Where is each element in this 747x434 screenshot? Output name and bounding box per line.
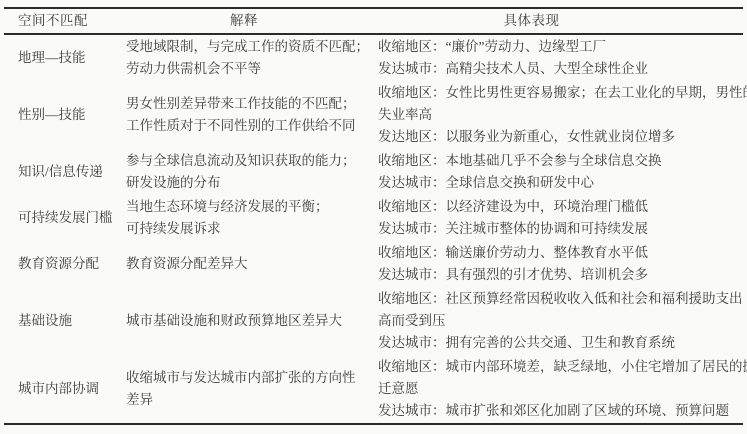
row-term: 教育资源分配	[4, 253, 126, 275]
table-row: 可持续发展门槛当地生态环境与经济发展的平衡；可持续发展诉求收缩地区：以经济建设为…	[4, 195, 743, 241]
detail-line: 收缩地区：“廉价”劳动力、边缘型工厂	[378, 36, 743, 58]
detail-line: 迁意愿	[378, 378, 743, 400]
detail-item: 发达城市：拥有完善的公共交通、卫生和教育系统	[378, 332, 743, 354]
row-details: 收缩地区：女性比男性更容易搬家；在去工业化的早期，男性的失业率高发达地区：以服务…	[378, 82, 743, 148]
explanation-line: 差异	[126, 389, 378, 411]
table-header-row: 空间不匹配 解释 具体表现	[4, 9, 743, 33]
detail-item: 发达城市：具有强烈的引才优势、培训机会多	[378, 264, 743, 286]
row-details: 收缩地区：“廉价”劳动力、边缘型工厂发达城市：高精尖技术人员、大型全球性企业	[378, 36, 743, 80]
table-row: 教育资源分配教育资源分配差异大收缩地区：输送廉价劳动力、整体教育水平低发达城市：…	[4, 241, 743, 287]
explanation-line: 城市基础设施和财政预算地区差异大	[126, 310, 378, 332]
table-row: 性别—技能男女性别差异带来工作技能的不匹配；工作性质对于不同性别的工作供给不同收…	[4, 81, 743, 149]
table-bottom-rule	[4, 423, 743, 426]
table-row: 地理—技能受地域限制，与完成工作的资质不匹配；劳动力供需机会不平等收缩地区：“廉…	[4, 35, 743, 81]
row-term: 可持续发展门槛	[4, 207, 126, 229]
col-header-manifestation: 具体表现	[378, 10, 743, 32]
detail-item: 收缩地区：“廉价”劳动力、边缘型工厂	[378, 36, 743, 58]
detail-item: 发达城市：高精尖技术人员、大型全球性企业	[378, 58, 743, 80]
row-explanation: 收缩城市与发达城市内部扩张的方向性差异	[126, 367, 378, 411]
row-explanation: 受地域限制，与完成工作的资质不匹配；劳动力供需机会不平等	[126, 36, 378, 80]
detail-line: 收缩地区：女性比男性更容易搬家；在去工业化的早期，男性的	[378, 82, 743, 104]
row-term: 知识/信息传递	[4, 161, 126, 183]
detail-line: 收缩地区：社区预算经常因税收收入低和社会和福利援助支出	[378, 288, 743, 310]
row-explanation: 城市基础设施和财政预算地区差异大	[126, 310, 378, 332]
table-row: 知识/信息传递参与全球信息流动及知识获取的能力；研发设施的分布收缩地区：本地基础…	[4, 149, 743, 195]
row-term: 性别—技能	[4, 104, 126, 126]
row-explanation: 当地生态环境与经济发展的平衡；可持续发展诉求	[126, 196, 378, 240]
detail-item: 收缩地区：本地基础几乎不会参与全球信息交换	[378, 150, 743, 172]
detail-item: 发达城市：城市扩张和郊区化加剧了区域的环境、预算问题	[378, 400, 743, 422]
detail-item: 收缩地区：女性比男性更容易搬家；在去工业化的早期，男性的失业率高	[378, 82, 743, 126]
explanation-line: 参与全球信息流动及知识获取的能力；	[126, 150, 378, 172]
row-details: 收缩地区：社区预算经常因税收收入低和社会和福利援助支出高而受到压发达城市：拥有完…	[378, 288, 743, 354]
row-details: 收缩地区：城市内部环境差，缺乏绿地，小住宅增加了居民的搬迁意愿发达城市：城市扩张…	[378, 356, 743, 422]
row-explanation: 参与全球信息流动及知识获取的能力；研发设施的分布	[126, 150, 378, 194]
detail-line: 收缩地区：本地基础几乎不会参与全球信息交换	[378, 150, 743, 172]
spatial-mismatch-table: 空间不匹配 解释 具体表现 地理—技能受地域限制，与完成工作的资质不匹配；劳动力…	[4, 7, 743, 425]
detail-item: 收缩地区：输送廉价劳动力、整体教育水平低	[378, 242, 743, 264]
col-header-explanation: 解释	[126, 10, 378, 32]
detail-line: 发达城市：关注城市整体的协调和可持续发展	[378, 218, 743, 240]
explanation-line: 研发设施的分布	[126, 172, 378, 194]
detail-item: 收缩地区：城市内部环境差，缺乏绿地，小住宅增加了居民的搬迁意愿	[378, 356, 743, 400]
detail-line: 发达城市：全球信息交换和研发中心	[378, 172, 743, 194]
detail-line: 高而受到压	[378, 310, 743, 332]
table-row: 城市内部协调收缩城市与发达城市内部扩张的方向性差异收缩地区：城市内部环境差，缺乏…	[4, 355, 743, 423]
detail-line: 失业率高	[378, 104, 743, 126]
explanation-line: 工作性质对于不同性别的工作供给不同	[126, 115, 378, 137]
detail-line: 收缩地区：城市内部环境差，缺乏绿地，小住宅增加了居民的搬	[378, 356, 743, 378]
row-term: 地理—技能	[4, 47, 126, 69]
row-details: 收缩地区：本地基础几乎不会参与全球信息交换发达城市：全球信息交换和研发中心	[378, 150, 743, 194]
detail-line: 发达城市：城市扩张和郊区化加剧了区域的环境、预算问题	[378, 400, 743, 422]
detail-line: 发达城市：具有强烈的引才优势、培训机会多	[378, 264, 743, 286]
col-header-mismatch: 空间不匹配	[4, 10, 126, 32]
explanation-line: 收缩城市与发达城市内部扩张的方向性	[126, 367, 378, 389]
explanation-line: 劳动力供需机会不平等	[126, 58, 378, 80]
detail-item: 发达地区：以服务业为新重心，女性就业岗位增多	[378, 126, 743, 148]
detail-line: 发达地区：以服务业为新重心，女性就业岗位增多	[378, 126, 743, 148]
explanation-line: 可持续发展诉求	[126, 218, 378, 240]
detail-line: 收缩地区：以经济建设为中，环境治理门槛低	[378, 196, 743, 218]
row-explanation: 男女性别差异带来工作技能的不匹配；工作性质对于不同性别的工作供给不同	[126, 93, 378, 137]
explanation-line: 受地域限制，与完成工作的资质不匹配；	[126, 36, 378, 58]
row-explanation: 教育资源分配差异大	[126, 253, 378, 275]
detail-line: 发达城市：拥有完善的公共交通、卫生和教育系统	[378, 332, 743, 354]
table-row: 基础设施城市基础设施和财政预算地区差异大收缩地区：社区预算经常因税收收入低和社会…	[4, 287, 743, 355]
explanation-line: 教育资源分配差异大	[126, 253, 378, 275]
row-term: 城市内部协调	[4, 378, 126, 400]
detail-line: 收缩地区：输送廉价劳动力、整体教育水平低	[378, 242, 743, 264]
detail-item: 收缩地区：以经济建设为中，环境治理门槛低	[378, 196, 743, 218]
row-details: 收缩地区：输送廉价劳动力、整体教育水平低发达城市：具有强烈的引才优势、培训机会多	[378, 242, 743, 286]
explanation-line: 男女性别差异带来工作技能的不匹配；	[126, 93, 378, 115]
detail-item: 收缩地区：社区预算经常因税收收入低和社会和福利援助支出高而受到压	[378, 288, 743, 332]
row-details: 收缩地区：以经济建设为中，环境治理门槛低发达城市：关注城市整体的协调和可持续发展	[378, 196, 743, 240]
detail-item: 发达城市：全球信息交换和研发中心	[378, 172, 743, 194]
detail-item: 发达城市：关注城市整体的协调和可持续发展	[378, 218, 743, 240]
detail-line: 发达城市：高精尖技术人员、大型全球性企业	[378, 58, 743, 80]
table-body: 地理—技能受地域限制，与完成工作的资质不匹配；劳动力供需机会不平等收缩地区：“廉…	[4, 35, 743, 423]
row-term: 基础设施	[4, 310, 126, 332]
explanation-line: 当地生态环境与经济发展的平衡；	[126, 196, 378, 218]
